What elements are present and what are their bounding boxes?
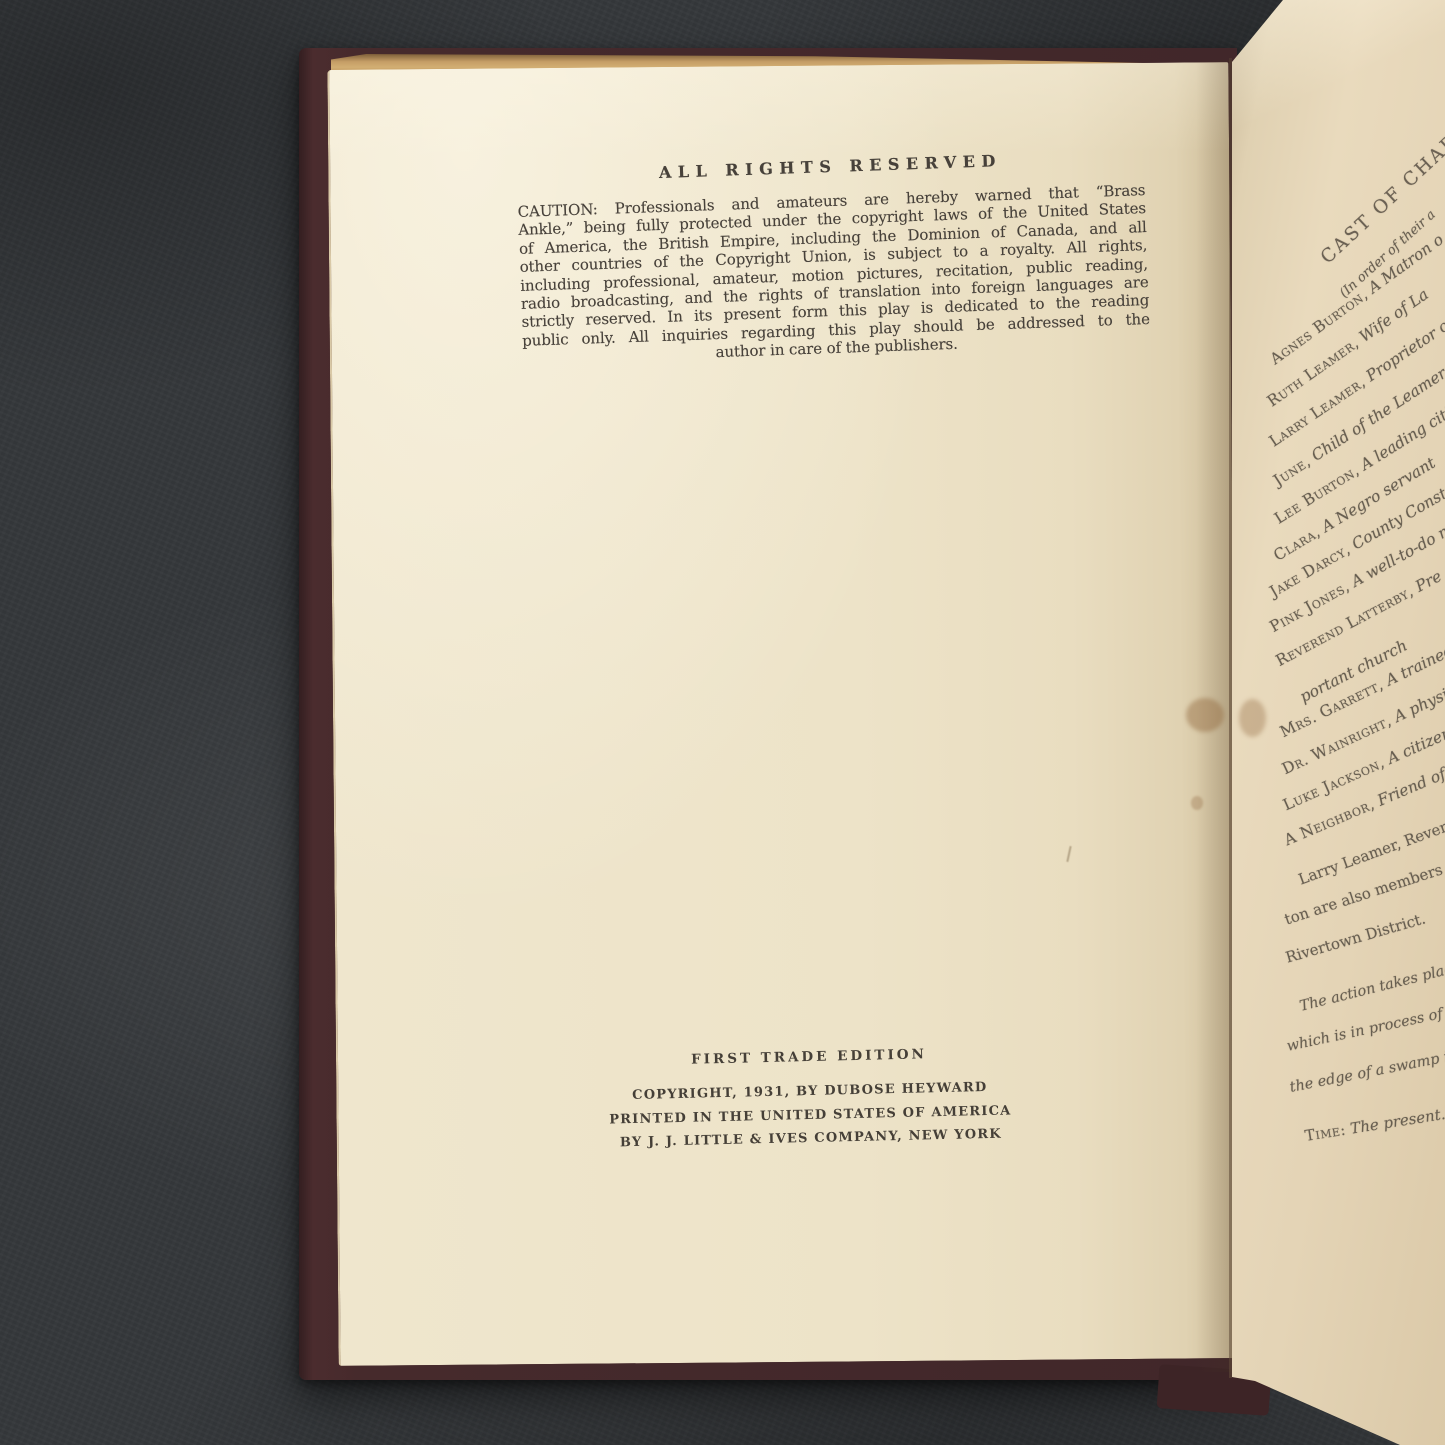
stain-spot bbox=[1191, 796, 1203, 810]
stain-spot bbox=[1239, 699, 1266, 737]
time-line: Time: The present. bbox=[1304, 1105, 1445, 1145]
stain-spot bbox=[1186, 698, 1224, 732]
setting-line: The action takes place bbox=[1298, 959, 1445, 1015]
cast-text-block: CAST OF CHARA (In order of their a Agnes… bbox=[0, 0, 1445, 1445]
book-photo: ALL RIGHTS RESERVED CAUTION: Professiona… bbox=[0, 0, 1445, 1445]
setting-line: the edge of a swamp in th bbox=[1288, 1044, 1445, 1096]
